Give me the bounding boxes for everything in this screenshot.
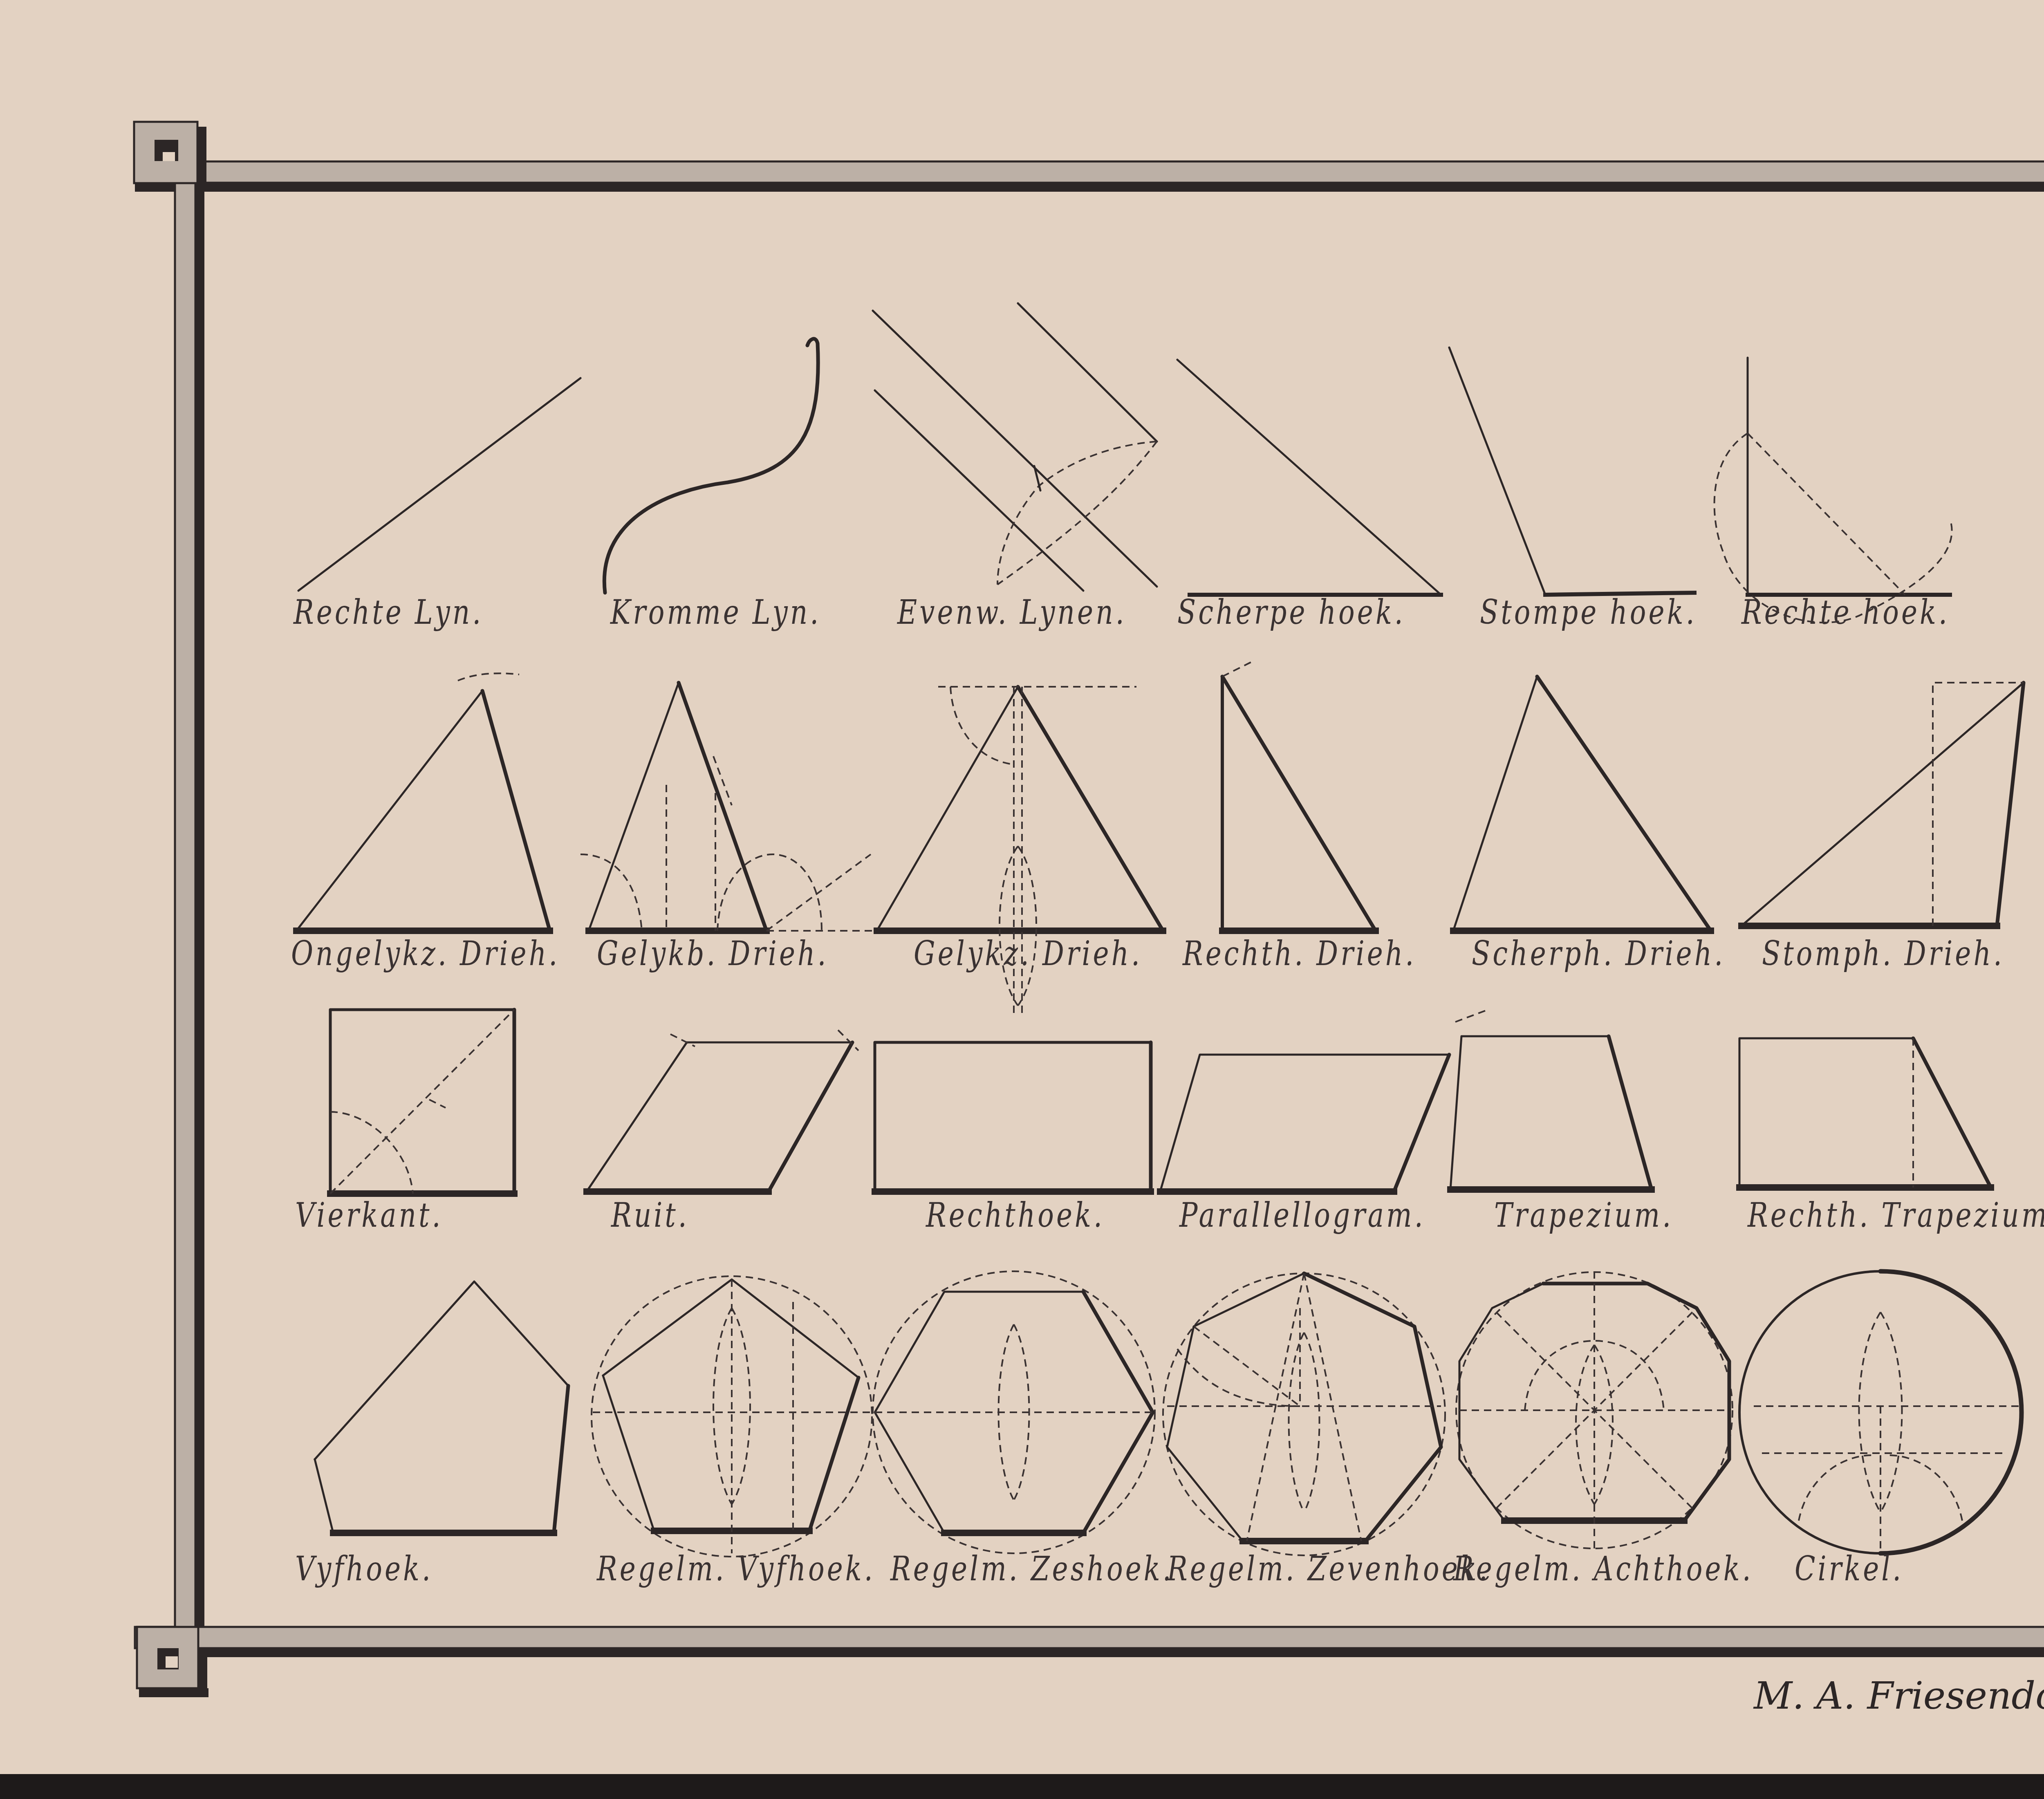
figure-kromme-lyn bbox=[604, 339, 818, 593]
label-trapezium: Trapezium. bbox=[1494, 1196, 1673, 1235]
figure-regelm-achthoek bbox=[1456, 1271, 1732, 1549]
label-regelm-vyfhoek: Regelm. Vyfhoek. bbox=[597, 1549, 875, 1588]
figure-regelm-zevenhoek bbox=[1163, 1273, 1445, 1555]
figure-vyfhoek bbox=[315, 1281, 568, 1533]
label-stomph-drieh: Stomph. Drieh. bbox=[1762, 934, 2004, 973]
figure-trapezium bbox=[1450, 1010, 1652, 1190]
label-regelm-achthoek: Regelm. Achthoek. bbox=[1453, 1549, 1753, 1588]
figure-scherphoekige-driehoek bbox=[1453, 677, 1711, 931]
figure-ongelykz-driehoek bbox=[296, 673, 550, 931]
label-rechte-hoek: Rechte hoek. bbox=[1741, 593, 1950, 632]
figure-parallellogram bbox=[1160, 1055, 1449, 1192]
label-scherpe-hoek: Scherpe hoek. bbox=[1177, 593, 1405, 632]
figure-scherpe-hoek bbox=[1177, 360, 1441, 595]
label-vyfhoek: Vyfhoek. bbox=[295, 1549, 433, 1588]
figure-vierkant bbox=[330, 1010, 514, 1194]
figure-gelykbenige-driehoek bbox=[580, 683, 879, 931]
label-ongelykz-drieh: Ongelykz. Drieh. bbox=[291, 934, 560, 973]
label-rechte-lyn: Rechte Lyn. bbox=[294, 593, 483, 632]
label-rechth-drieh: Rechth. Drieh. bbox=[1183, 934, 1416, 973]
drawing-sheet: .ln{stroke:#2c2626;stroke-width:5;fill:n… bbox=[0, 0, 2044, 1799]
figure-stomphoekige-driehoek bbox=[1741, 683, 2024, 926]
label-regelm-zevenhoek: Regelm. Zevenhoek. bbox=[1167, 1549, 1490, 1588]
figure-stompe-hoek bbox=[1449, 347, 1694, 595]
label-vierkant: Vierkant. bbox=[295, 1196, 443, 1235]
label-kromme-lyn: Kromme Lyn. bbox=[610, 593, 821, 632]
figure-rechthoekige-driehoek bbox=[1222, 662, 1376, 931]
figure-cirkel bbox=[1739, 1271, 2022, 1553]
frame-border bbox=[134, 120, 2044, 1697]
figure-rechte-hoek bbox=[1715, 358, 1952, 623]
figure-regelm-vyfhoek bbox=[592, 1276, 872, 1557]
figure-evenwijdige-lynen bbox=[873, 303, 1157, 591]
figure-rechthoekig-trapezium bbox=[1739, 1038, 1991, 1187]
artist-signature: M. A. Friesendorp. bbox=[1754, 1674, 2044, 1718]
geometry-plate: .ln{stroke:#2c2626;stroke-width:5;fill:n… bbox=[0, 0, 2044, 1799]
figure-rechte-lyn bbox=[298, 378, 580, 591]
label-gelykz-drieh: Gelykz. Drieh. bbox=[914, 934, 1142, 973]
label-rechth-trapezium: Rechth. Trapezium. bbox=[1748, 1196, 2044, 1235]
label-scherph-drieh: Scherph. Drieh. bbox=[1472, 934, 1725, 973]
label-evenw-lynen: Evenw. Lynen. bbox=[897, 593, 1127, 632]
label-rechthoek: Rechthoek. bbox=[926, 1196, 1105, 1235]
label-stompe-hoek: Stompe hoek. bbox=[1480, 593, 1697, 632]
label-regelm-zeshoek: Regelm. Zeshoek. bbox=[890, 1549, 1174, 1588]
label-parallellogram: Parallellogram. bbox=[1179, 1196, 1425, 1235]
label-gelykb-drieh: Gelykb. Drieh. bbox=[597, 934, 829, 973]
figure-rechthoek bbox=[875, 1042, 1151, 1192]
label-cirkel: Cirkel. bbox=[1795, 1549, 1903, 1588]
figure-regelm-zeshoek bbox=[873, 1271, 1155, 1553]
label-ruit: Ruit. bbox=[611, 1196, 689, 1235]
figure-ruit bbox=[587, 1030, 858, 1192]
